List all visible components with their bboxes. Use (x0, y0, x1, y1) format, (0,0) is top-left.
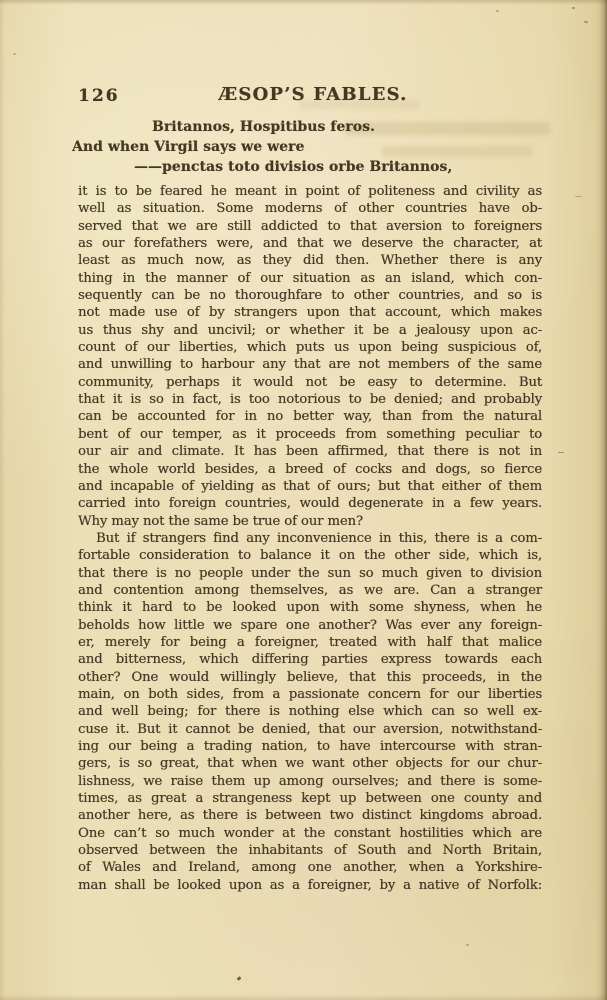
text-line: and incapable of yielding as that of our… (78, 478, 542, 495)
verse-block: Britannos, Hospitibus feros.And when Vir… (72, 117, 546, 177)
text-line: Why may not the same be true of our men? (78, 513, 542, 530)
text-line: and unwilling to harbour any that are no… (78, 356, 542, 373)
text-line: well as situation. Some moderns of other… (78, 200, 542, 217)
text-line: our air and climate. It has been affirme… (78, 443, 542, 460)
text-line: cuse it. But it cannot be denied, that o… (78, 721, 542, 738)
body-text: it is to be feared he meant in point of … (78, 183, 542, 894)
text-line: think it hard to be looked upon with som… (78, 599, 542, 616)
text-line: least as much now, as they did then. Whe… (78, 252, 542, 269)
text-line: sequently can be no thoroughfare to othe… (78, 287, 542, 304)
text-line: times, as great a strangeness kept up be… (78, 790, 542, 807)
dust-speck (584, 21, 588, 24)
text-line: it is to be feared he meant in point of … (78, 183, 542, 200)
dust-speck (572, 7, 575, 9)
paragraph: it is to be feared he meant in point of … (78, 183, 542, 530)
text-line: served that we are still addicted to tha… (78, 218, 542, 235)
text-line: and well being; for there is nothing els… (78, 703, 542, 720)
text-line: other? One would willingly believe, that… (78, 669, 542, 686)
text-line: thing in the manner of our situation as … (78, 270, 542, 287)
text-line: One can’t so much wonder at the constant… (78, 825, 542, 842)
text-line: another here, as there is between two di… (78, 807, 542, 824)
book-page: 126 ÆSOP’S FABLES. Britannos, Hospitibus… (0, 0, 607, 1000)
text-line: beholds how little we spare one another?… (78, 617, 542, 634)
text-line: community, perhaps it would not be easy … (78, 374, 542, 391)
verse-line: And when Virgil says we were (72, 137, 546, 157)
text-line: of Wales and Ireland, among one another,… (78, 859, 542, 876)
text-line: bent of our temper, as it proceeds from … (78, 426, 542, 443)
page-edge-shadow-left (0, 0, 5, 1000)
dust-speck (466, 944, 469, 946)
verse-line: ——penctas toto divisios orbe Britannos, (72, 157, 546, 177)
text-line: that there is no people under the sun so… (78, 565, 542, 582)
text-line: the whole world besides, a breed of cock… (78, 461, 542, 478)
text-line: not made use of by strangers upon that a… (78, 304, 542, 321)
text-line: lishness, we raise them up among ourselv… (78, 773, 542, 790)
dust-speck (575, 196, 582, 197)
text-line: as our forefathers were, and that we des… (78, 235, 542, 252)
dust-speck (496, 10, 499, 12)
text-line: can be accounted for in no better way, t… (78, 408, 542, 425)
page-edge-shadow-top (0, 0, 607, 5)
text-line: that it is so in fact, is too notorious … (78, 391, 542, 408)
text-line: observed between the inhabitants of Sout… (78, 842, 542, 859)
paragraph: But if strangers find any inconvenience … (78, 530, 542, 894)
text-line: and contention among themselves, as we a… (78, 582, 542, 599)
page-edge-shadow-right (599, 0, 607, 1000)
text-line: carried into foreign countries, would de… (78, 495, 542, 512)
dust-speck (237, 976, 242, 981)
verse-line: Britannos, Hospitibus feros. (72, 117, 546, 137)
page-header: 126 ÆSOP’S FABLES. (78, 84, 542, 106)
page-title: ÆSOP’S FABLES. (81, 84, 545, 105)
text-line: But if strangers find any inconvenience … (78, 530, 542, 547)
text-line: man shall be looked upon as a foreigner,… (78, 877, 542, 894)
text-line: main, on both sides, from a passionate c… (78, 686, 542, 703)
text-line: er, merely for being a foreigner, treate… (78, 634, 542, 651)
page-edge-shadow-bottom (0, 994, 607, 1000)
text-line: and bitterness, which differing parties … (78, 651, 542, 668)
text-line: gers, is so great, that when we want oth… (78, 755, 542, 772)
text-line: fortable consideration to balance it on … (78, 547, 542, 564)
text-line: us thus shy and uncivil; or whether it b… (78, 322, 542, 339)
text-line: count of our liberties, which puts us up… (78, 339, 542, 356)
dust-speck (558, 452, 564, 453)
dust-speck (13, 53, 16, 55)
text-line: ing our being a trading nation, to have … (78, 738, 542, 755)
